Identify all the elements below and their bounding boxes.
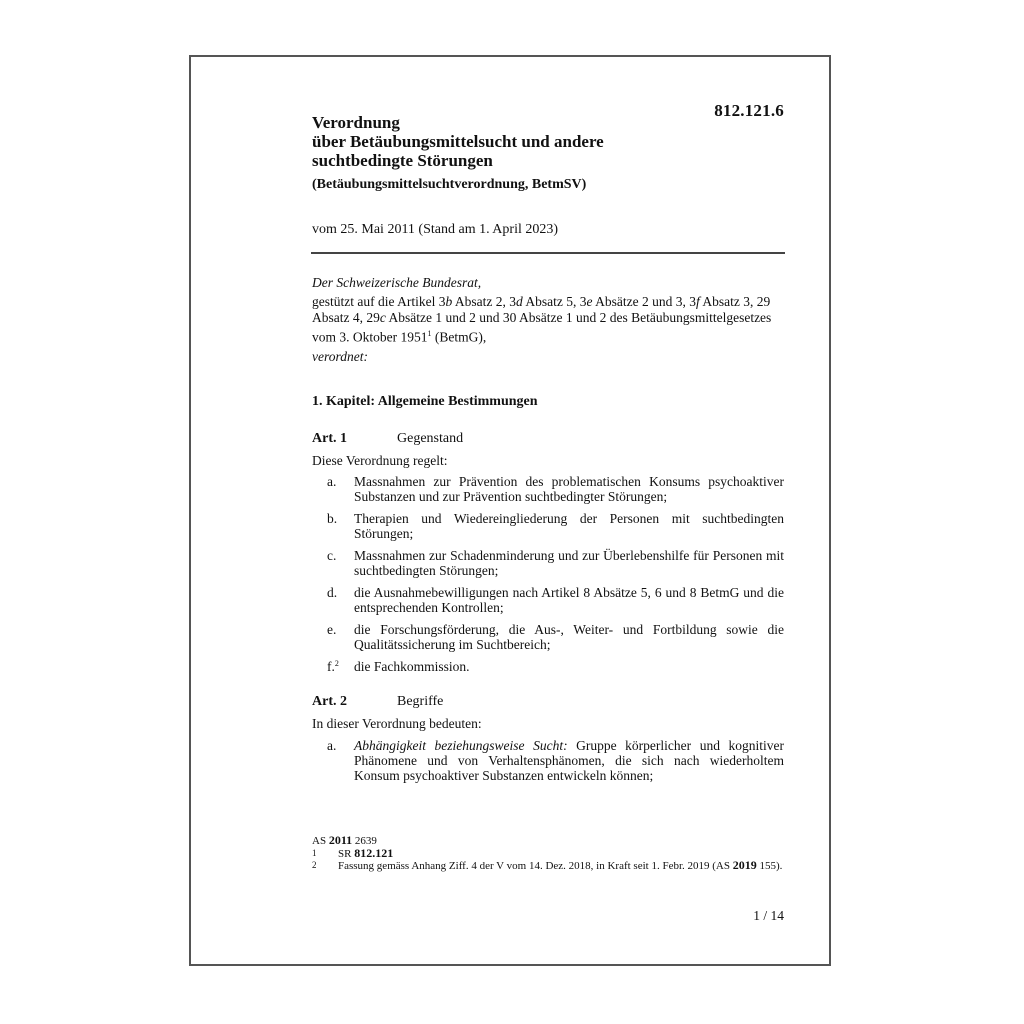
footnote-ref[interactable]: 2 — [335, 659, 339, 668]
list-item: a.Massnahmen zur Prävention des problema… — [312, 474, 784, 504]
item-label: a. — [312, 738, 354, 783]
page-number: 1 / 14 — [701, 908, 784, 924]
item-text: Therapien und Wiedereingliederung der Pe… — [354, 511, 784, 541]
title-line: Verordnung — [312, 113, 712, 132]
footnotes: AS 2011 2639 1SR 812.121 2Fassung gemäss… — [312, 835, 792, 872]
basis-text: Absätze 2 und 3, 3 — [592, 294, 696, 309]
list-item: c.Massnahmen zur Schadenminderung und zu… — [312, 548, 784, 578]
basis-letter: d — [516, 294, 523, 309]
item-label: f.2 — [312, 659, 354, 674]
footnote-text: SR 812.121 — [338, 848, 393, 860]
list-item: d.die Ausnahmebewilligungen nach Artikel… — [312, 585, 784, 615]
basis-text: (BetmG), — [432, 330, 487, 345]
as-year: 2011 — [329, 833, 352, 847]
article-title: Gegenstand — [397, 431, 463, 446]
item-label: e. — [312, 622, 354, 652]
document-page: 812.121.6 Verordnung über Betäubungsmitt… — [189, 55, 831, 966]
defined-term: Abhängigkeit beziehungsweise Sucht: — [354, 738, 568, 753]
item-label: c. — [312, 548, 354, 578]
article-1-heading: Art. 1Gegenstand — [312, 431, 463, 447]
document-subtitle: (Betäubungsmittelsuchtverordnung, BetmSV… — [312, 176, 586, 194]
item-text: die Fachkommission. — [354, 659, 784, 674]
item-label: b. — [312, 511, 354, 541]
as-prefix: AS — [312, 835, 329, 847]
footnote-bold: 812.121 — [354, 846, 393, 860]
footnote-number: 1 — [312, 848, 338, 860]
footnote-1: 1SR 812.121 — [312, 848, 792, 860]
article-1-list: a.Massnahmen zur Prävention des problema… — [312, 474, 784, 681]
article-intro: Diese Verordnung regelt: — [312, 453, 447, 469]
item-text: Abhängigkeit beziehungsweise Sucht: Grup… — [354, 738, 784, 783]
date-line: vom 25. Mai 2011 (Stand am 1. April 2023… — [312, 222, 558, 238]
article-number: Art. 1 — [312, 431, 397, 447]
list-item: e.die Forschungsförderung, die Aus-, Wei… — [312, 622, 784, 652]
list-item: a.Abhängigkeit beziehungsweise Sucht: Gr… — [312, 738, 784, 783]
document-title: Verordnung über Betäubungsmittelsucht un… — [312, 113, 712, 170]
item-label: d. — [312, 585, 354, 615]
preamble-decree: verordnet: — [312, 349, 772, 365]
footnote-prefix: SR — [338, 848, 354, 860]
preamble-basis: gestützt auf die Artikel 3b Absatz 2, 3d… — [312, 294, 772, 346]
list-item: b.Therapien und Wiedereingliederung der … — [312, 511, 784, 541]
preamble: Der Schweizerische Bundesrat, gestützt a… — [312, 275, 772, 365]
title-line: über Betäubungsmittelsucht und andere — [312, 132, 712, 151]
list-item: f.2die Fachkommission. — [312, 659, 784, 674]
footnote-bold: 2019 — [733, 858, 757, 872]
footnote-prefix: Fassung gemäss Anhang Ziff. 4 der V vom … — [338, 860, 733, 872]
title-line: suchtbedingte Störungen — [312, 151, 712, 170]
item-label-text: f. — [327, 659, 335, 674]
basis-text: gestützt auf die Artikel 3 — [312, 294, 445, 309]
article-intro: In dieser Verordnung bedeuten: — [312, 716, 482, 732]
article-number: Art. 2 — [312, 694, 397, 710]
chapter-heading: 1. Kapitel: Allgemeine Bestimmungen — [312, 394, 538, 410]
footnote-number: 2 — [312, 860, 338, 872]
preamble-authority: Der Schweizerische Bundesrat, — [312, 275, 772, 291]
item-text: die Ausnahmebewilligungen nach Artikel 8… — [354, 585, 784, 615]
article-2-list: a.Abhängigkeit beziehungsweise Sucht: Gr… — [312, 738, 784, 790]
article-title: Begriffe — [397, 694, 443, 709]
basis-text: Absatz 5, 3 — [523, 294, 587, 309]
footnote-2: 2Fassung gemäss Anhang Ziff. 4 der V vom… — [312, 860, 792, 872]
basis-text: Absatz 2, 3 — [452, 294, 516, 309]
footnote-text: Fassung gemäss Anhang Ziff. 4 der V vom … — [338, 860, 782, 872]
article-2-heading: Art. 2Begriffe — [312, 694, 443, 710]
item-text: Massnahmen zur Schadenminderung und zur … — [354, 548, 784, 578]
sr-number: 812.121.6 — [708, 101, 784, 121]
item-text: die Forschungsförderung, die Aus-, Weite… — [354, 622, 784, 652]
footnote-suffix: 155). — [757, 860, 783, 872]
item-text: Massnahmen zur Prävention des problemati… — [354, 474, 784, 504]
header-rule — [311, 252, 785, 254]
item-label: a. — [312, 474, 354, 504]
